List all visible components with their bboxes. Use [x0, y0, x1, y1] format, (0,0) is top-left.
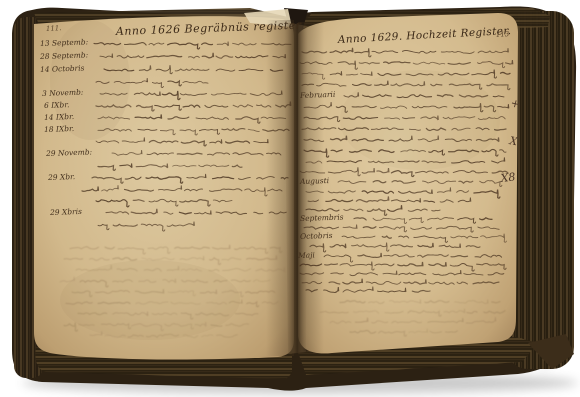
margin-word-label: Februarii	[299, 90, 336, 100]
manuscript-photo: 111. Anno 1626 Begräbnüs register 13 Sep…	[0, 0, 580, 397]
margin-mark: X8	[499, 171, 516, 186]
margin-date-label: 6 IXbr.	[44, 100, 70, 110]
margin-date-label: 3 Novemb:	[42, 88, 84, 98]
open-book: 111. Anno 1626 Begräbnüs register 13 Sep…	[0, 0, 580, 397]
margin-word-label: Septembris	[300, 212, 344, 223]
margin-date-label: 29 Xbr.	[47, 172, 76, 182]
margin-date-label: 13 Septemb:	[40, 37, 89, 48]
handwriting-stroke	[79, 324, 95, 325]
margin-date-label: 14 Octobris	[40, 63, 85, 74]
margin-date-label: 14 IXbr.	[44, 112, 74, 122]
margin-word-label: Maji	[297, 250, 316, 260]
margin-word-label: Augusti	[299, 176, 330, 186]
margin-word-label: Octobris	[300, 231, 333, 241]
margin-date-label: 29 Novemb:	[45, 147, 93, 158]
margin-date-label: 29 Xbris	[49, 207, 82, 217]
book-gutter	[284, 22, 308, 354]
margin-date-label: 18 IXbr.	[44, 124, 74, 134]
page-stain	[60, 260, 240, 340]
left-page-number: 111.	[46, 24, 62, 33]
margin-date-label: 28 Septemb:	[39, 50, 89, 61]
